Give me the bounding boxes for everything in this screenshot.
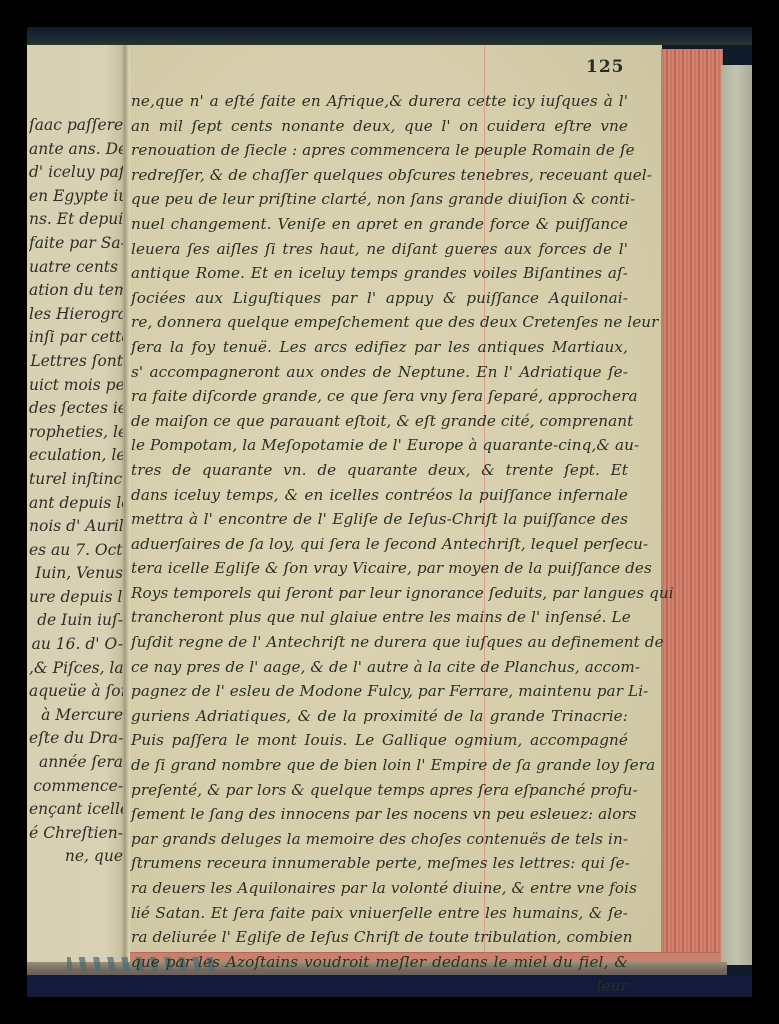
text-line: ce nay pres de l' aage, & de l' autre à … [131,655,628,680]
left-line: ne, que [29,845,123,869]
text-line: ne,que n' a eſté faite en Afrique,& dure… [131,89,628,114]
book-scan: ſaac paſſerent ante ans. Des d' iceluy p… [27,27,752,997]
text-line: ra deliurée l' Egliſe de Ieſus Chriſt de… [131,925,628,950]
left-line: ſaac paſſerent [29,114,123,138]
left-line: ropheties, le [29,421,123,445]
text-line: tera icelle Egliſe & ſon vray Vicaire, p… [131,556,628,581]
left-line: Iuin, Venus [29,562,123,586]
text-line: par grands deluges la memoire des choſes… [131,827,628,852]
text-line: antique Rome. Et en iceluy temps grandes… [131,261,628,286]
left-line: eculation, le [29,444,123,468]
right-page-text: ne,que n' a eſté faite en Afrique,& dure… [131,89,628,999]
left-line: ns. Et depuis [29,208,123,232]
left-line: ant depuis le [29,492,123,516]
left-line: turel inſtinct [29,468,123,492]
text-line: le Pompotam, la Meſopotamie de l' Europe… [131,433,628,458]
text-line: aduerſaires de ſa loy, qui ſera le ſecon… [131,532,628,557]
left-line: faite par Sa- [29,232,123,256]
cloth-background-top [27,27,752,45]
left-line: ,& Piſces, la [29,657,123,681]
text-line: ſociées aux Liguſtiques par l' appuy & p… [131,286,628,311]
left-line: uatre cents o- [29,256,123,280]
left-page: ſaac paſſerent ante ans. Des d' iceluy p… [27,45,125,965]
left-line: aqueüe à ſon [29,680,123,704]
text-line: s' accompagneront aux ondes de Neptune. … [131,360,628,385]
text-line: an mil ſept cents nonante deux, que l' o… [131,114,628,139]
book-cover-board [721,65,752,965]
left-line: eſte du Dra- [29,727,123,751]
left-page-text: ſaac paſſerent ante ans. Des d' iceluy p… [29,114,123,869]
text-line: guriens Adriatiques, & de la proximité d… [131,704,628,729]
text-line: ſera la foy tenuë. Les arcs edifiez par … [131,335,628,360]
left-line: es au 7. Octo- [29,539,123,563]
left-line: en Egypte iuſ- [29,185,123,209]
text-line: ſuſdit regne de l' Antechriſt ne durera … [131,630,628,655]
text-line: mettra à l' encontre de l' Egliſe de Ieſ… [131,507,628,532]
text-line: de ſi grand nombre que de bien loin l' E… [131,753,628,778]
catchword: leur [131,974,628,999]
text-line: dans iceluy temps, & en icelles contréos… [131,483,628,508]
text-line: ſement le ſang des innocens par les noce… [131,802,628,827]
left-line: commence- [29,775,123,799]
left-line: ençant icelle [29,798,123,822]
text-line: redreſſer, & de chaſſer quelques obſcure… [131,163,628,188]
text-line: preſenté, & par lors & quelque temps apr… [131,778,628,803]
left-line: Lettres ſont [29,350,123,374]
text-line: lié Satan. Et ſera faite paix vniuerſell… [131,901,628,926]
left-line: uict mois peu [29,374,123,398]
page-number: 125 [586,57,625,77]
text-line: ra deuers les Aquilonaires par la volont… [131,876,628,901]
text-line: que peu de leur priſtine clarté, non ſan… [131,187,628,212]
text-line: que par les Azoſtains voudroit meſler de… [131,950,628,975]
red-page-edges [661,49,723,967]
text-line: Puis paſſera le mont Iouis. Le Gallique … [131,728,628,753]
left-line: inſi par cette [29,326,123,350]
text-line: pagnez de l' esleu de Modone Fulcy, par … [131,679,628,704]
left-line: é Chreſtien- [29,822,123,846]
left-line: nois d' Auril, [29,515,123,539]
text-line: trancheront plus que nul glaiue entre le… [131,605,628,630]
text-line: re, donnera quelque empeſchement que des… [131,310,628,335]
text-line: ſtrumens receura innumerable perte, meſm… [131,851,628,876]
text-line: nuel changement. Veniſe en apret en gran… [131,212,628,237]
text-line: de maiſon ce que parauant eſtoit, & eſt … [131,409,628,434]
text-line: leuera ſes aiſles ſi tres haut, ne diſan… [131,237,628,262]
text-line: tres de quarante vn. de quarante deux, &… [131,458,628,483]
left-line: de Iuin iuſ- [29,609,123,633]
left-line: année ſera [29,751,123,775]
left-line: ation du tem- [29,279,123,303]
left-line: à Mercure [29,704,123,728]
text-line: renouation de ſiecle : apres commencera … [131,138,628,163]
left-line: des ſectes ie [29,397,123,421]
left-line: d' iceluy paſſé- [29,161,123,185]
text-line: ra faite diſcorde grande, ce que ſera vn… [131,384,628,409]
left-line: ante ans. Des [29,138,123,162]
left-line: au 16. d' O- [29,633,123,657]
left-line: les Hierogra- [29,303,123,327]
left-line: ure depuis le [29,586,123,610]
text-line: Roys temporels qui ſeront par leur ignor… [131,581,628,606]
